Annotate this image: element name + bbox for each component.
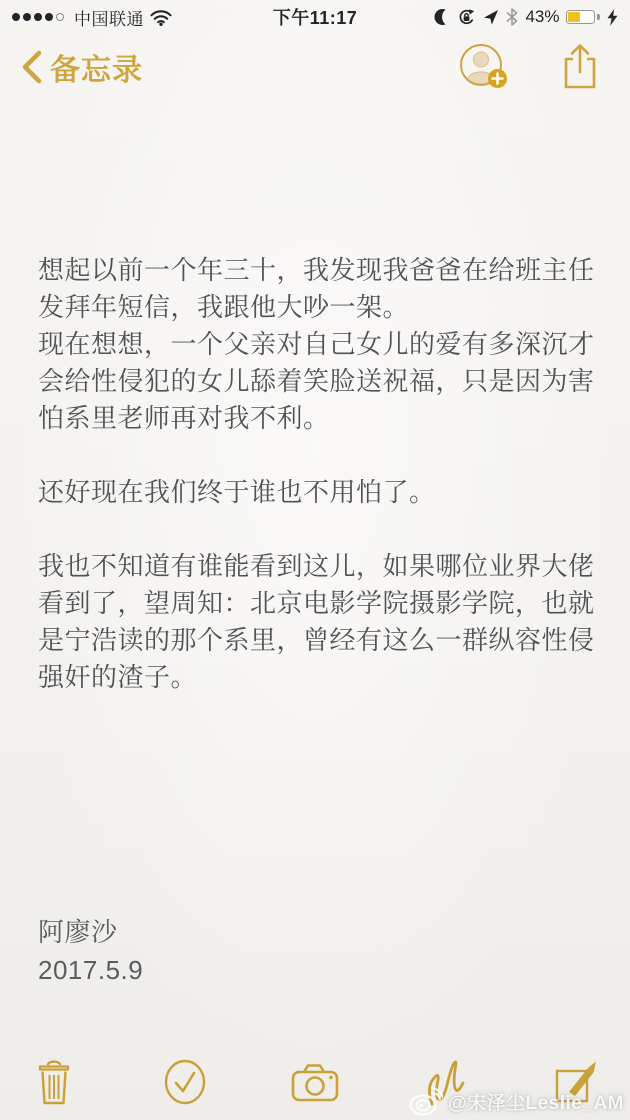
compose-icon (552, 1058, 600, 1106)
signature-name: 阿廖沙 (38, 913, 143, 951)
note-text-line: 我也不知道有谁能看到这儿，如果哪位业界大佬 (38, 548, 596, 585)
note-text-line: 想起以前一个年三十，我发现我爸爸在给班主任 (38, 252, 596, 289)
battery-percent-label: 43% (525, 7, 559, 27)
check-circle-icon (162, 1057, 208, 1107)
note-text-line: 是宁浩读的那个系里，曾经有这么一群纵容性侵 (38, 622, 596, 659)
status-bar: 中国联通 下午11:17 (0, 0, 630, 34)
back-chevron-icon (22, 50, 42, 84)
share-button[interactable] (552, 39, 608, 95)
add-people-icon (459, 43, 509, 91)
wifi-icon (150, 9, 172, 26)
camera-icon (290, 1062, 340, 1102)
note-text-line: 发拜年短信，我跟他大吵一架。 (38, 289, 596, 326)
note-text-line: 怕系里老师再对我不利。 (38, 400, 596, 437)
share-icon (560, 43, 600, 91)
checklist-button[interactable] (157, 1054, 213, 1110)
note-text-line: 强奸的渣子。 (38, 659, 596, 696)
signature-date: 2017.5.9 (38, 951, 143, 989)
note-text-line (38, 511, 596, 548)
note-text-line (38, 437, 596, 474)
do-not-disturb-moon-icon (432, 8, 450, 26)
compose-button[interactable] (548, 1054, 604, 1110)
charging-bolt-icon (607, 9, 618, 26)
note-text-line: 看到了，望周知：北京电影学院摄影学院，也就 (38, 585, 596, 622)
add-people-button[interactable] (456, 39, 512, 95)
delete-note-button[interactable] (26, 1054, 82, 1110)
note-text[interactable]: 想起以前一个年三十，我发现我爸爸在给班主任发拜年短信，我跟他大吵一架。现在想想，… (38, 252, 596, 696)
note-text-line: 会给性侵犯的女儿舔着笑脸送祝福，只是因为害 (38, 363, 596, 400)
bluetooth-icon (506, 8, 518, 26)
note-signature: 阿廖沙 2017.5.9 (38, 913, 143, 989)
back-button-label: 备忘录 (50, 45, 143, 89)
back-to-notes-button[interactable]: 备忘录 (22, 45, 143, 89)
carrier-label: 中国联通 (74, 5, 144, 30)
orientation-lock-icon (457, 8, 476, 27)
battery-icon (566, 10, 595, 24)
camera-button[interactable] (287, 1054, 343, 1110)
sketch-squiggle-icon (424, 1057, 468, 1107)
sketch-button[interactable] (418, 1054, 474, 1110)
bottom-toolbar (0, 1044, 630, 1120)
clock-time: 下午11:17 (273, 4, 358, 30)
cell-signal-dots-icon (12, 13, 64, 21)
trash-icon (33, 1058, 75, 1106)
note-text-line: 现在想想，一个父亲对自己女儿的爱有多深沉才 (38, 326, 596, 363)
note-text-line: 还好现在我们终于谁也不用怕了。 (38, 474, 596, 511)
location-arrow-icon (483, 9, 499, 25)
battery-cap (597, 14, 600, 20)
battery-fill (568, 12, 579, 22)
nav-bar: 备忘录 (0, 34, 630, 100)
